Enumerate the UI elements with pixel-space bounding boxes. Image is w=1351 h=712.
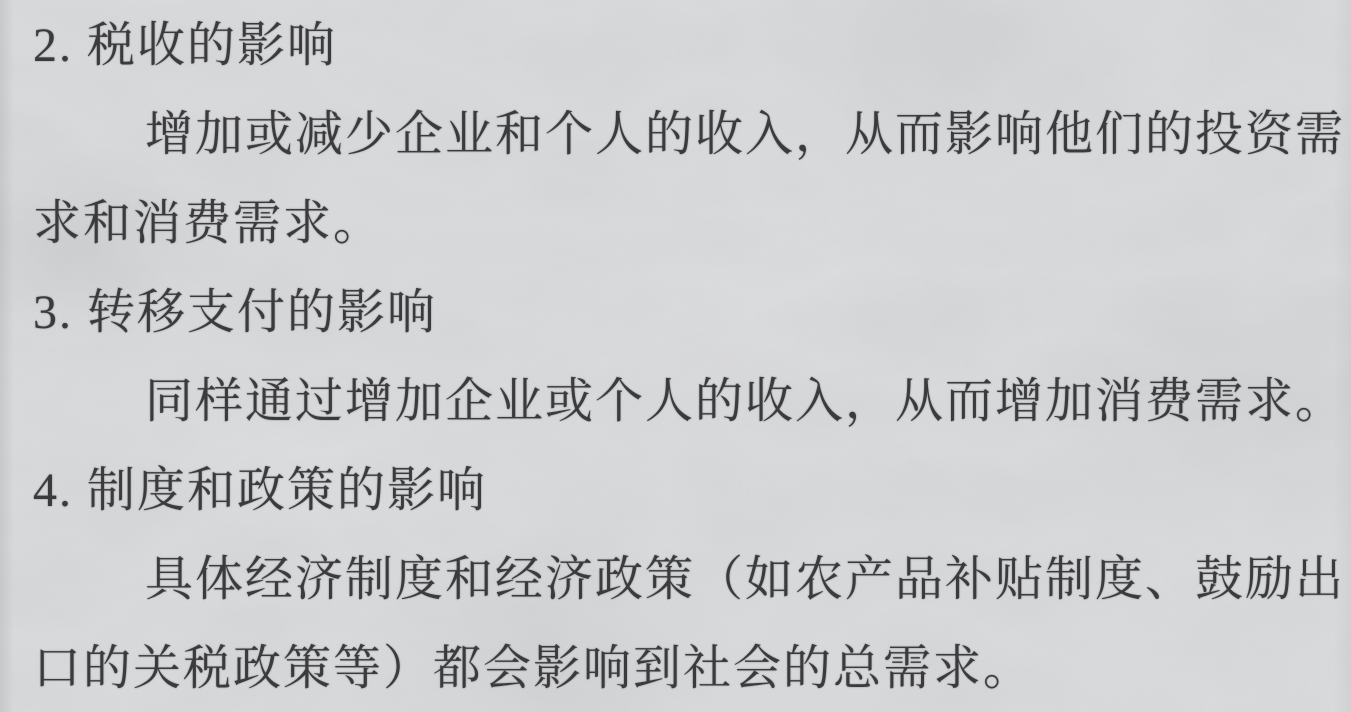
document-page: 2. 税收的影响 增加或减少企业和个人的收入，从而影响他们的投资需 求和消费需求…: [0, 0, 1351, 712]
text-line-7: 具体经济制度和经济政策（如农产品补贴制度、鼓励出: [0, 535, 1351, 624]
text-line-1: 2. 税收的影响: [0, 1, 1351, 90]
text-line-6: 4. 制度和政策的影响: [0, 446, 1351, 535]
document-content: 2. 税收的影响 增加或减少企业和个人的收入，从而影响他们的投资需 求和消费需求…: [0, 0, 1351, 712]
text-line-2: 增加或减少企业和个人的收入，从而影响他们的投资需: [0, 90, 1351, 179]
text-line-3: 求和消费需求。: [0, 179, 1351, 268]
text-line-8: 口的关税政策等）都会影响到社会的总需求。: [0, 624, 1351, 712]
text-line-5: 同样通过增加企业或个人的收入，从而增加消费需求。: [0, 357, 1351, 446]
text-line-4: 3. 转移支付的影响: [0, 268, 1351, 357]
